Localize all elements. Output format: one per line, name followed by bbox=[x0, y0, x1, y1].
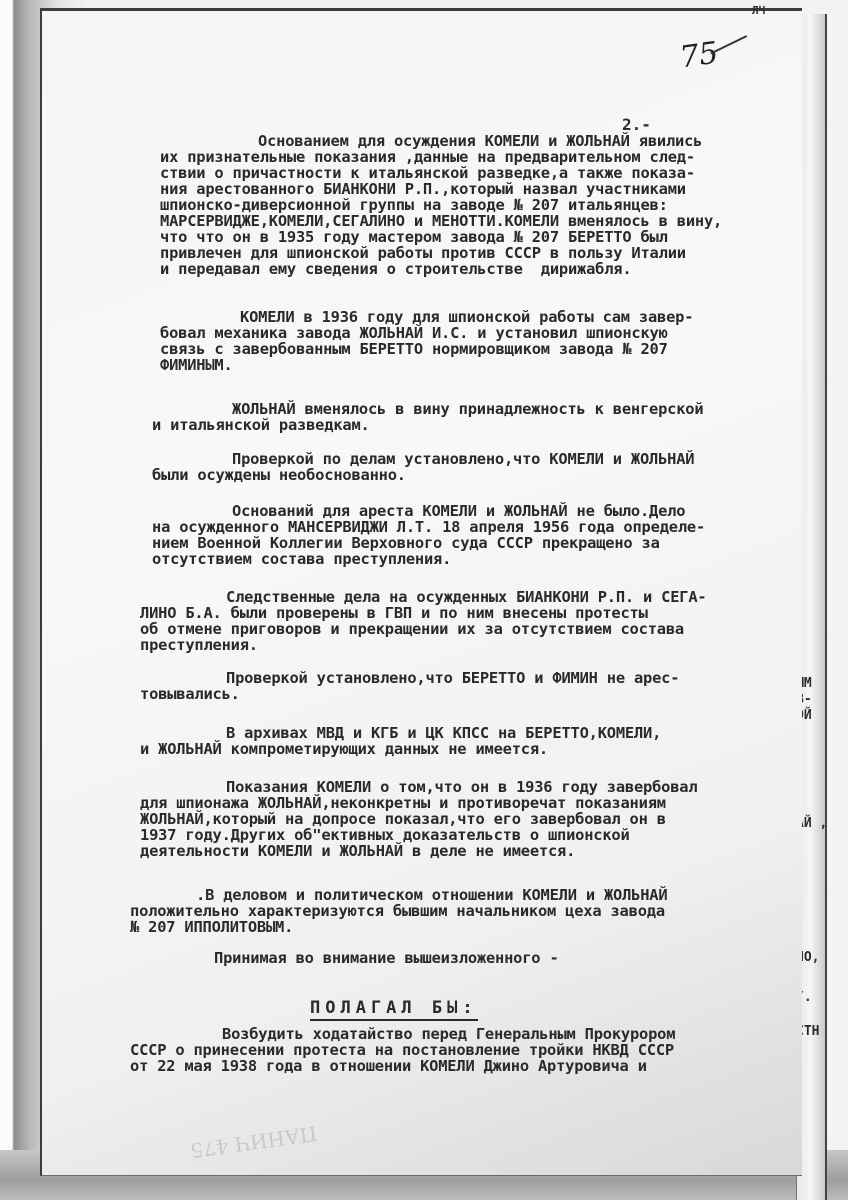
text-line: товывались. bbox=[140, 686, 240, 702]
text-line: от 22 мая 1938 года в отношении КОМЕЛИ Д… bbox=[130, 1058, 647, 1074]
text-line: ЖОЛЬНАЙ вменялось в вину принадлежность … bbox=[232, 401, 703, 417]
text-line: СССР о принесении протеста на постановле… bbox=[130, 1042, 674, 1058]
text-line: 1937 году.Других об"ективных доказательс… bbox=[140, 827, 630, 843]
text-line: Проверкой по делам установлено,что КОМЕЛ… bbox=[232, 451, 694, 467]
text-line: и ЖОЛЬНАЙ компрометирующих данных не име… bbox=[140, 741, 548, 757]
text-line: преступления. bbox=[140, 637, 258, 653]
text-line: Принимая во внимание вышеизложенного - bbox=[214, 950, 559, 966]
text-line: шпионско-диверсионной группы на заводе №… bbox=[160, 197, 668, 213]
text-line: Основанием для осуждения КОМЕЛИ и ЖОЛЬНА… bbox=[258, 133, 702, 149]
text-line: ФИМИНЫМ. bbox=[160, 357, 233, 373]
text-line: для шпионажа ЖОЛЬНАЙ,неконкретны и проти… bbox=[140, 795, 666, 811]
text-line: привлечен для шпионской работы против СС… bbox=[160, 245, 686, 261]
text-line: на осужденного МАНСЕРВИДЖИ Л.Т. 18 апрел… bbox=[152, 519, 705, 535]
text-line: были осуждены необоснованно. bbox=[152, 467, 406, 483]
text-line: Следственные дела на осужденных БИАНКОНИ… bbox=[226, 589, 707, 605]
text-line: об отмене приговоров и прекращении их за… bbox=[140, 621, 684, 637]
text-line: № 207 ИППОЛИТОВЫМ. bbox=[130, 919, 293, 935]
text-line: деятельности КОМЕЛИ и ЖОЛЬНАЙ в деле не … bbox=[140, 843, 575, 859]
text-line: КОМЕЛИ в 1936 году для шпионской работы … bbox=[240, 309, 693, 325]
text-line: ствии о причастности к итальянской разве… bbox=[160, 165, 695, 181]
text-line: В архивах МВД и КГБ и ЦК КПСС на БЕРЕТТО… bbox=[226, 725, 661, 741]
text-line: .В деловом и политическом отношении КОМЕ… bbox=[196, 887, 667, 903]
resolution-heading: ПОЛАГАЛ БЫ: bbox=[310, 998, 478, 1021]
text-line: и передавал ему сведения о строительстве… bbox=[160, 261, 631, 277]
text-line: ЖОЛЬНАЙ,который на допросе показал,что е… bbox=[140, 811, 666, 827]
text-line: ния арестованного БИАНКОНИ Р.П.,который … bbox=[160, 181, 686, 197]
text-line: Проверкой установлено,что БЕРЕТТО и ФИМИ… bbox=[226, 670, 679, 686]
text-line: МАРСЕРВИДЖЕ,КОМЕЛИ,СЕГАЛИНО и МЕНОТТИ.КО… bbox=[160, 213, 722, 229]
text-line: Оснований для ареста КОМЕЛИ и ЖОЛЬНАЙ не… bbox=[232, 503, 685, 519]
text-line: что что он в 1935 году мастером завода №… bbox=[160, 229, 668, 245]
text-line: и итальянской разведкам. bbox=[152, 417, 370, 433]
text-line: отсутствием состава преступления. bbox=[152, 551, 451, 567]
text-line: положительно характеризуются бывшим нача… bbox=[130, 903, 665, 919]
top-edge-mark: ЛЧ bbox=[752, 4, 765, 17]
text-line: нием Военной Коллегии Верховного суда СС… bbox=[152, 535, 660, 551]
text-line: бовал механика завода ЖОЛЬНАЙ И.С. и уст… bbox=[160, 325, 668, 341]
handwritten-folio-number: 75 bbox=[678, 36, 721, 76]
text-line: Возбудить ходатайство перед Генеральным … bbox=[222, 1026, 675, 1042]
text-line: связь с завербованным БЕРЕТТО нормировщи… bbox=[160, 341, 668, 357]
text-line: ЛИНО Б.А. были проверены в ГВП и по ним … bbox=[140, 605, 648, 621]
text-line: Показания КОМЕЛИ о том,что он в 1936 год… bbox=[226, 779, 697, 795]
text-line: их признательные показания ,данные на пр… bbox=[160, 149, 695, 165]
